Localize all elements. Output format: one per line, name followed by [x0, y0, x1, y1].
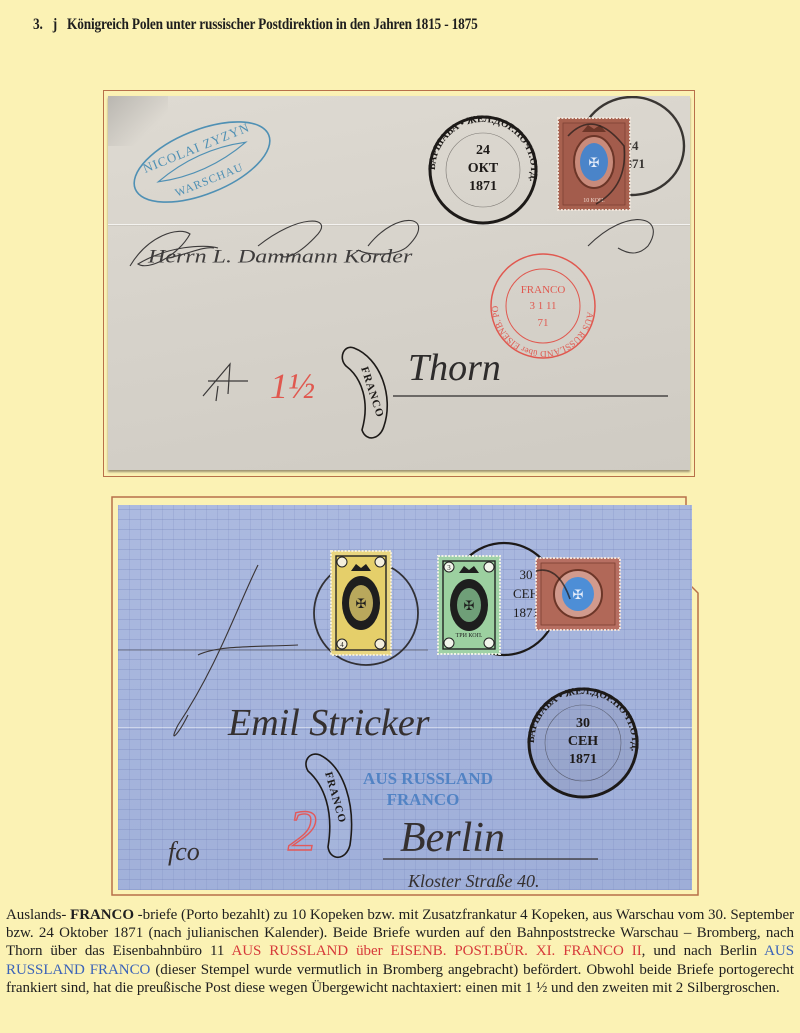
postmark-day: 30 [576, 716, 590, 731]
caption-franco-bold: FRANCO [70, 907, 134, 923]
svg-text:✠: ✠ [573, 587, 584, 602]
blue-aus-russland-mark: AUS RUSSLAND FRANCO [363, 769, 493, 809]
address-city: Thorn [408, 347, 501, 389]
caption-part: Auslands- [6, 907, 70, 923]
stamp2-value: 3 [447, 564, 451, 572]
manuscript-franco: fco [168, 837, 200, 866]
manuscript-mark [203, 364, 248, 401]
postmark-year: 1871 [469, 179, 497, 194]
cover2-envelope: ✠ 4 30 СЕН 1871 ✠ 3 Т [118, 505, 692, 890]
manuscript-tax-red: 2 [288, 798, 317, 863]
postmark-year: 1871 [569, 752, 597, 767]
red-cancel-year: 71 [538, 317, 549, 329]
title-text: Königreich Polen unter russischer Postdi… [67, 16, 478, 33]
svg-text:✠: ✠ [589, 155, 600, 170]
caption-text: Auslands- FRANCO -briefe (Porto bezahlt)… [6, 906, 794, 997]
red-cancel-date: 3 1 11 [529, 300, 556, 312]
postmark-month: СЕН [568, 734, 598, 749]
svg-text:30: 30 [520, 567, 533, 582]
stamp-3-kopeken: ✠ 3 ТРИ КОП. [438, 556, 500, 654]
stamp1-value: 4 [340, 641, 344, 649]
stamp-10-kopeken: ✠ 10 КОП. [558, 118, 630, 210]
address-line1: Herrn L. Dammann Korder [147, 246, 413, 267]
stamp-10-kopeken-2: ✠ [536, 558, 620, 630]
address-street: Kloster Straße 40. [407, 871, 540, 890]
postmark-warsaw-5: ВАРШАВА • ЖЕЛ.ДОР.ПОЧТ.ОТД. 30 СЕН 1871 [526, 686, 640, 797]
postmark-month: ОКТ [468, 161, 499, 176]
svg-text:✠: ✠ [464, 598, 475, 613]
postmark-day: 24 [476, 143, 490, 158]
blue-mark-line1: AUS RUSSLAND [363, 769, 493, 788]
postmark-warsaw-1: ВАРШАВА • ЖЕЛ.ДОР.ПОЧТ.ОТД. 24 ОКТ 1871 [427, 114, 539, 223]
page-title: 3. j Königreich Polen unter russischer P… [33, 16, 478, 34]
franco-oval-mark: FRANCO [342, 347, 387, 438]
address-name: Emil Stricker [227, 702, 430, 744]
blue-mark-line2: FRANCO [387, 790, 460, 809]
caption-red-cancel-ref: AUS RUSSLAND über EISENB. POST.BÜR. XI. … [231, 943, 641, 959]
svg-text:✠: ✠ [356, 596, 367, 611]
manuscript-tax-red: 1½ [270, 366, 315, 406]
stamp2-label: ТРИ КОП. [456, 633, 483, 639]
title-subsection: j [53, 16, 57, 33]
caption-part: , und nach Berlin [642, 943, 764, 959]
red-cancel-center: FRANCO [521, 284, 566, 296]
title-number: 3. [33, 16, 43, 33]
cover1-envelope: NICOLAI ZYZYN WARSCHAU ВАРШАВА • ЖЕЛ.ДОР… [108, 96, 690, 470]
stamp-4-kopeken: ✠ 4 [331, 551, 391, 655]
address-city: Berlin [400, 815, 505, 861]
sender-oval-stamp: NICOLAI ZYZYN WARSCHAU [123, 105, 280, 218]
